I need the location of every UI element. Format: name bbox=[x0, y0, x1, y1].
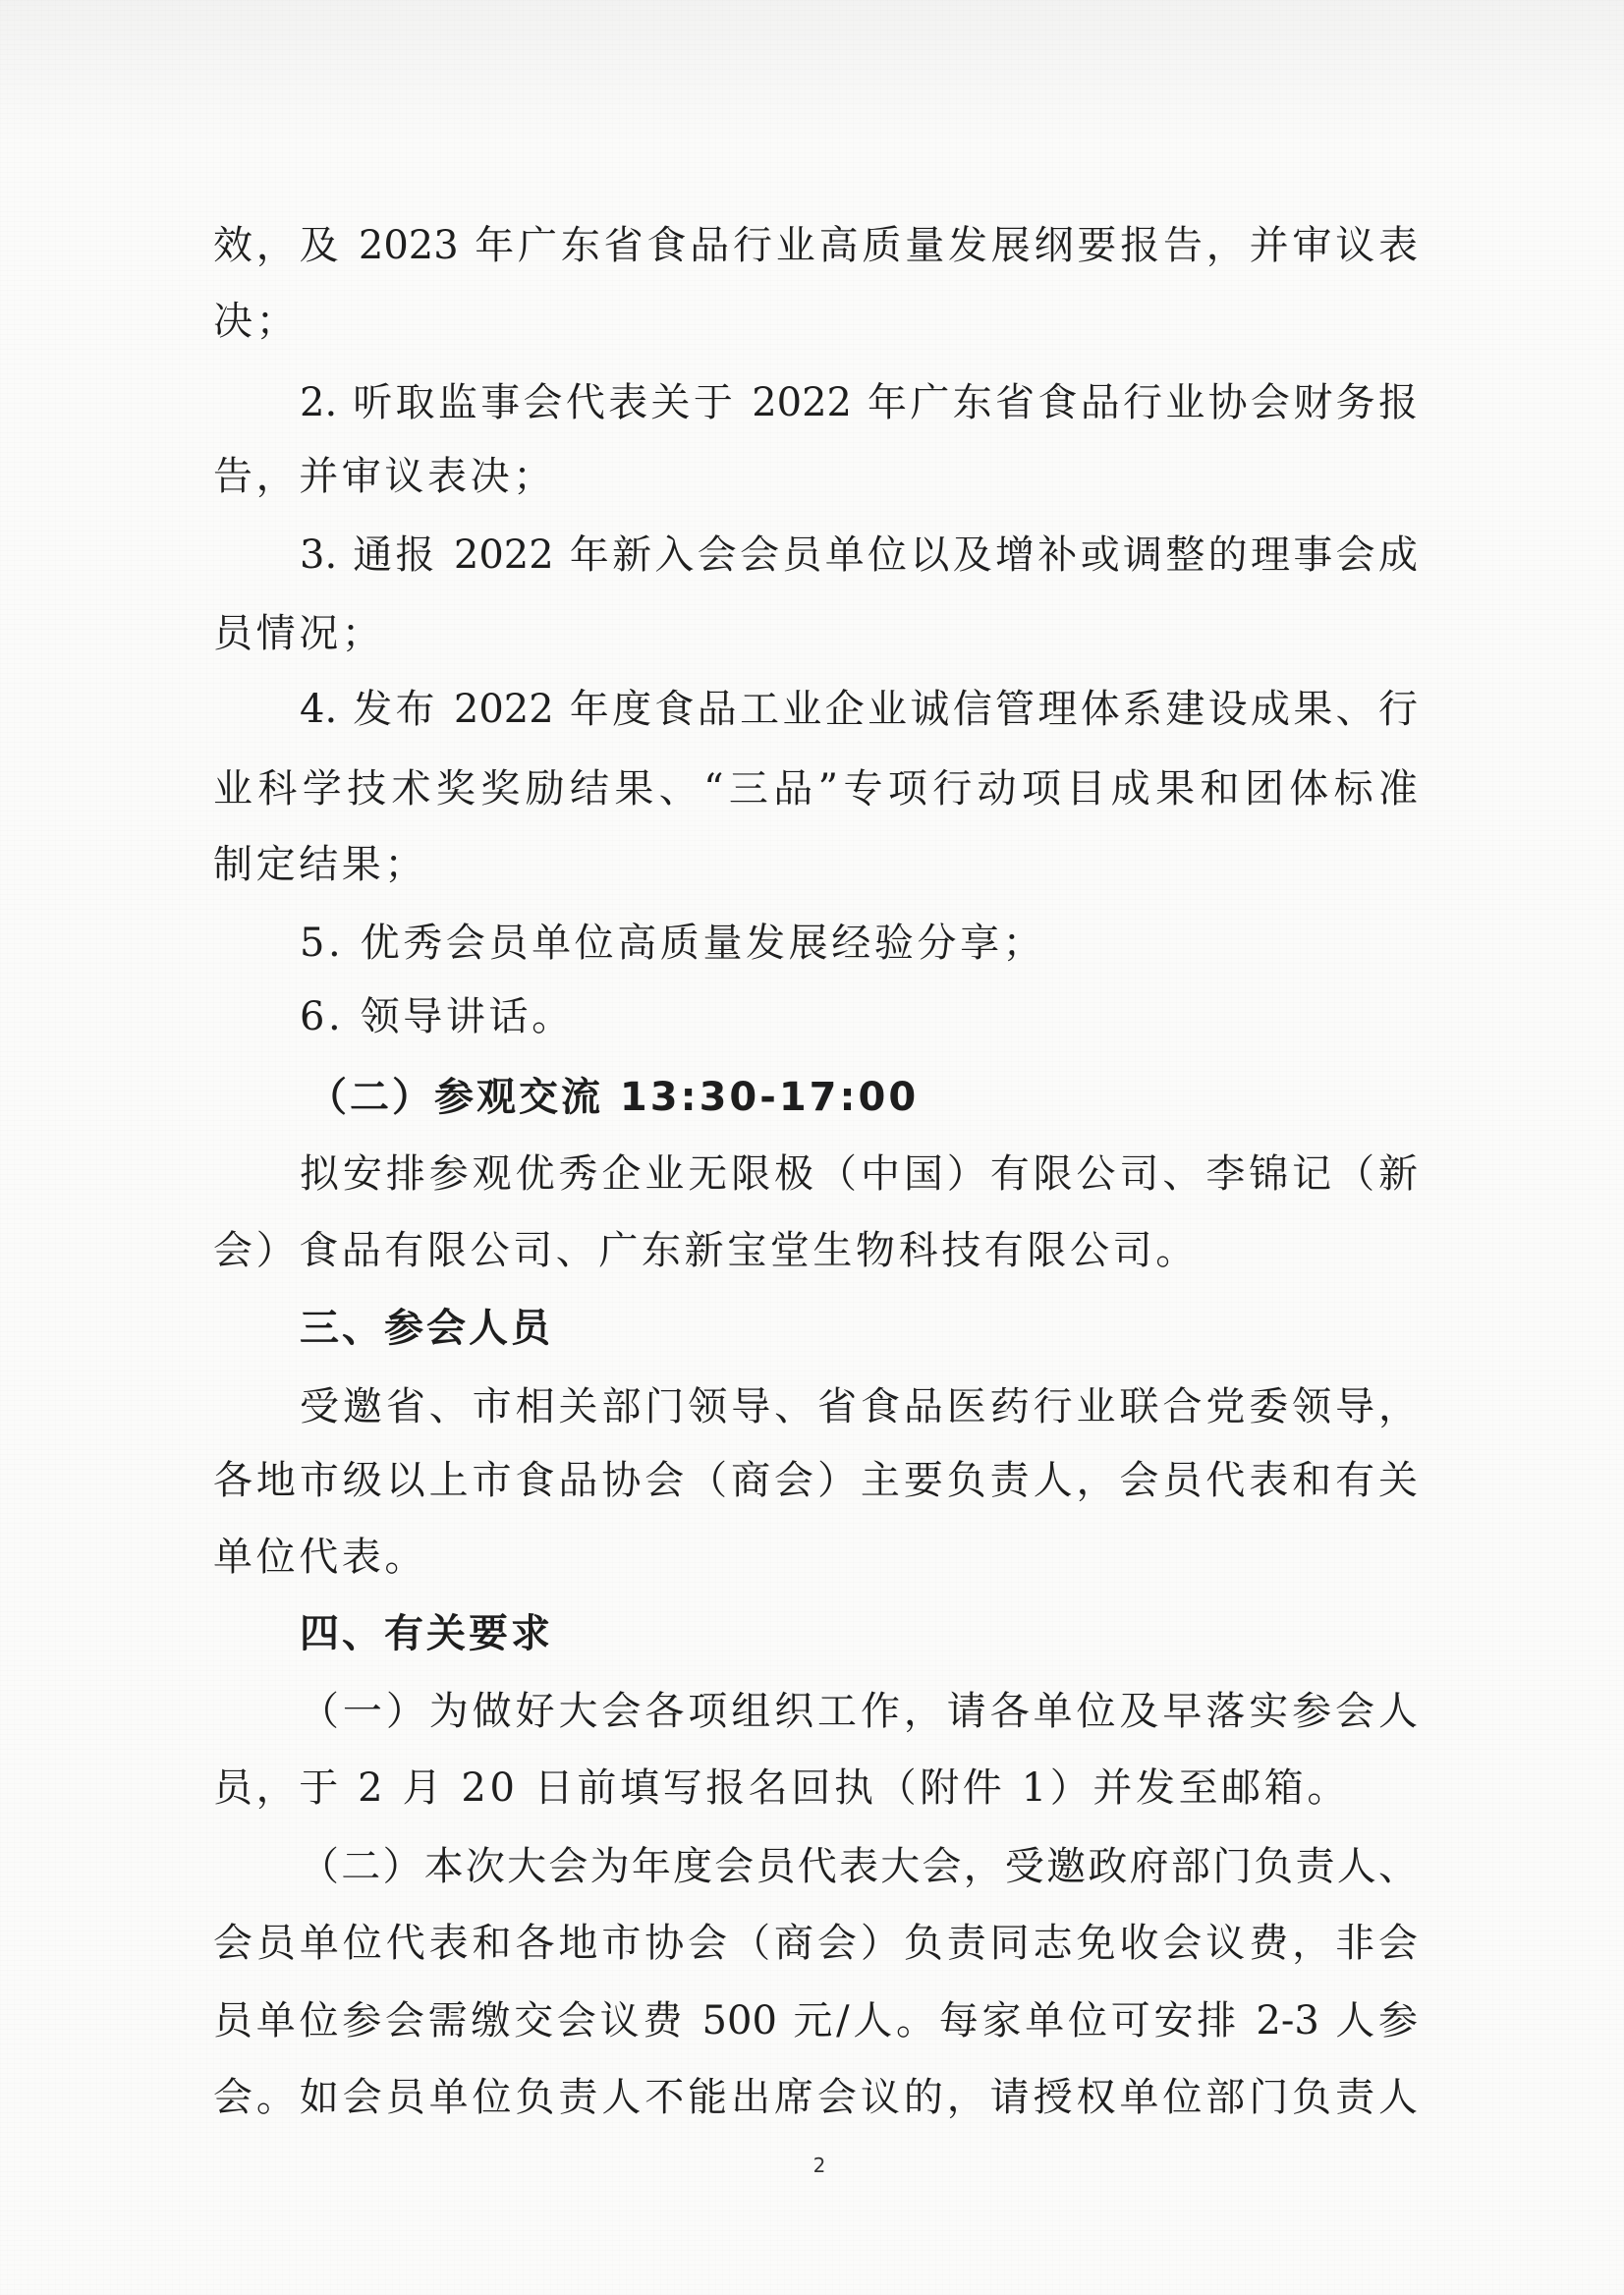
page-number: 2 bbox=[812, 2154, 827, 2177]
body-line: 制定结果； bbox=[213, 840, 1418, 889]
body-line: 告，并审议表决； bbox=[213, 452, 1418, 501]
list-item-6: 6. 领导讲话。 bbox=[213, 992, 1418, 1041]
list-item-3: 3. 通报 2022 年新入会会员单位以及增补或调整的理事会成 bbox=[213, 531, 1418, 580]
body-line: （一）为做好大会各项组织工作，请各单位及早落实参会人 bbox=[213, 1687, 1418, 1736]
body-line: 各地市级以上市食品协会（商会）主要负责人，会员代表和有关 bbox=[213, 1456, 1418, 1505]
body-line: 员，于 2 月 20 日前填写报名回执（附件 1）并发至邮箱。 bbox=[213, 1763, 1418, 1813]
body-line: （二）本次大会为年度会员代表大会，受邀政府部门负责人、 bbox=[213, 1842, 1418, 1891]
body-line: 业科学技术奖奖励结果、“三品”专项行动项目成果和团体标准 bbox=[213, 764, 1418, 813]
section-heading-attendees: 三、参会人员 bbox=[213, 1304, 1418, 1353]
list-item-2: 2. 听取监事会代表关于 2022 年广东省食品行业协会财务报 bbox=[213, 378, 1418, 427]
body-line: 员情况； bbox=[213, 609, 1418, 658]
body-line: 效，及 2023 年广东省食品行业高质量发展纲要报告，并审议表 bbox=[213, 221, 1418, 270]
body-line: 会。如会员单位负责人不能出席会议的，请授权单位部门负责人 bbox=[213, 2073, 1418, 2122]
scan-shadow bbox=[0, 0, 1624, 147]
body-line: 单位代表。 bbox=[213, 1533, 1418, 1582]
body-line: 会）食品有限公司、广东新宝堂生物科技有限公司。 bbox=[213, 1226, 1418, 1275]
body-line: 受邀省、市相关部门领导、省食品医药行业联合党委领导， bbox=[213, 1382, 1418, 1431]
body-line: 决； bbox=[213, 297, 1418, 346]
list-item-4: 4. 发布 2022 年度食品工业企业诚信管理体系建设成果、行 bbox=[213, 685, 1418, 734]
body-line: 员单位参会需缴交会议费 500 元/人。每家单位可安排 2-3 人参 bbox=[213, 1996, 1418, 2045]
subheading-visit: （二）参观交流 13:30-17:00 bbox=[213, 1073, 1418, 1122]
body-line: 拟安排参观优秀企业无限极（中国）有限公司、李锦记（新 bbox=[213, 1149, 1418, 1199]
body-line: 会员单位代表和各地市协会（商会）负责同志免收会议费，非会 bbox=[213, 1919, 1418, 1968]
section-heading-requirements: 四、有关要求 bbox=[213, 1609, 1418, 1658]
list-item-5: 5. 优秀会员单位高质量发展经验分享； bbox=[213, 919, 1418, 968]
